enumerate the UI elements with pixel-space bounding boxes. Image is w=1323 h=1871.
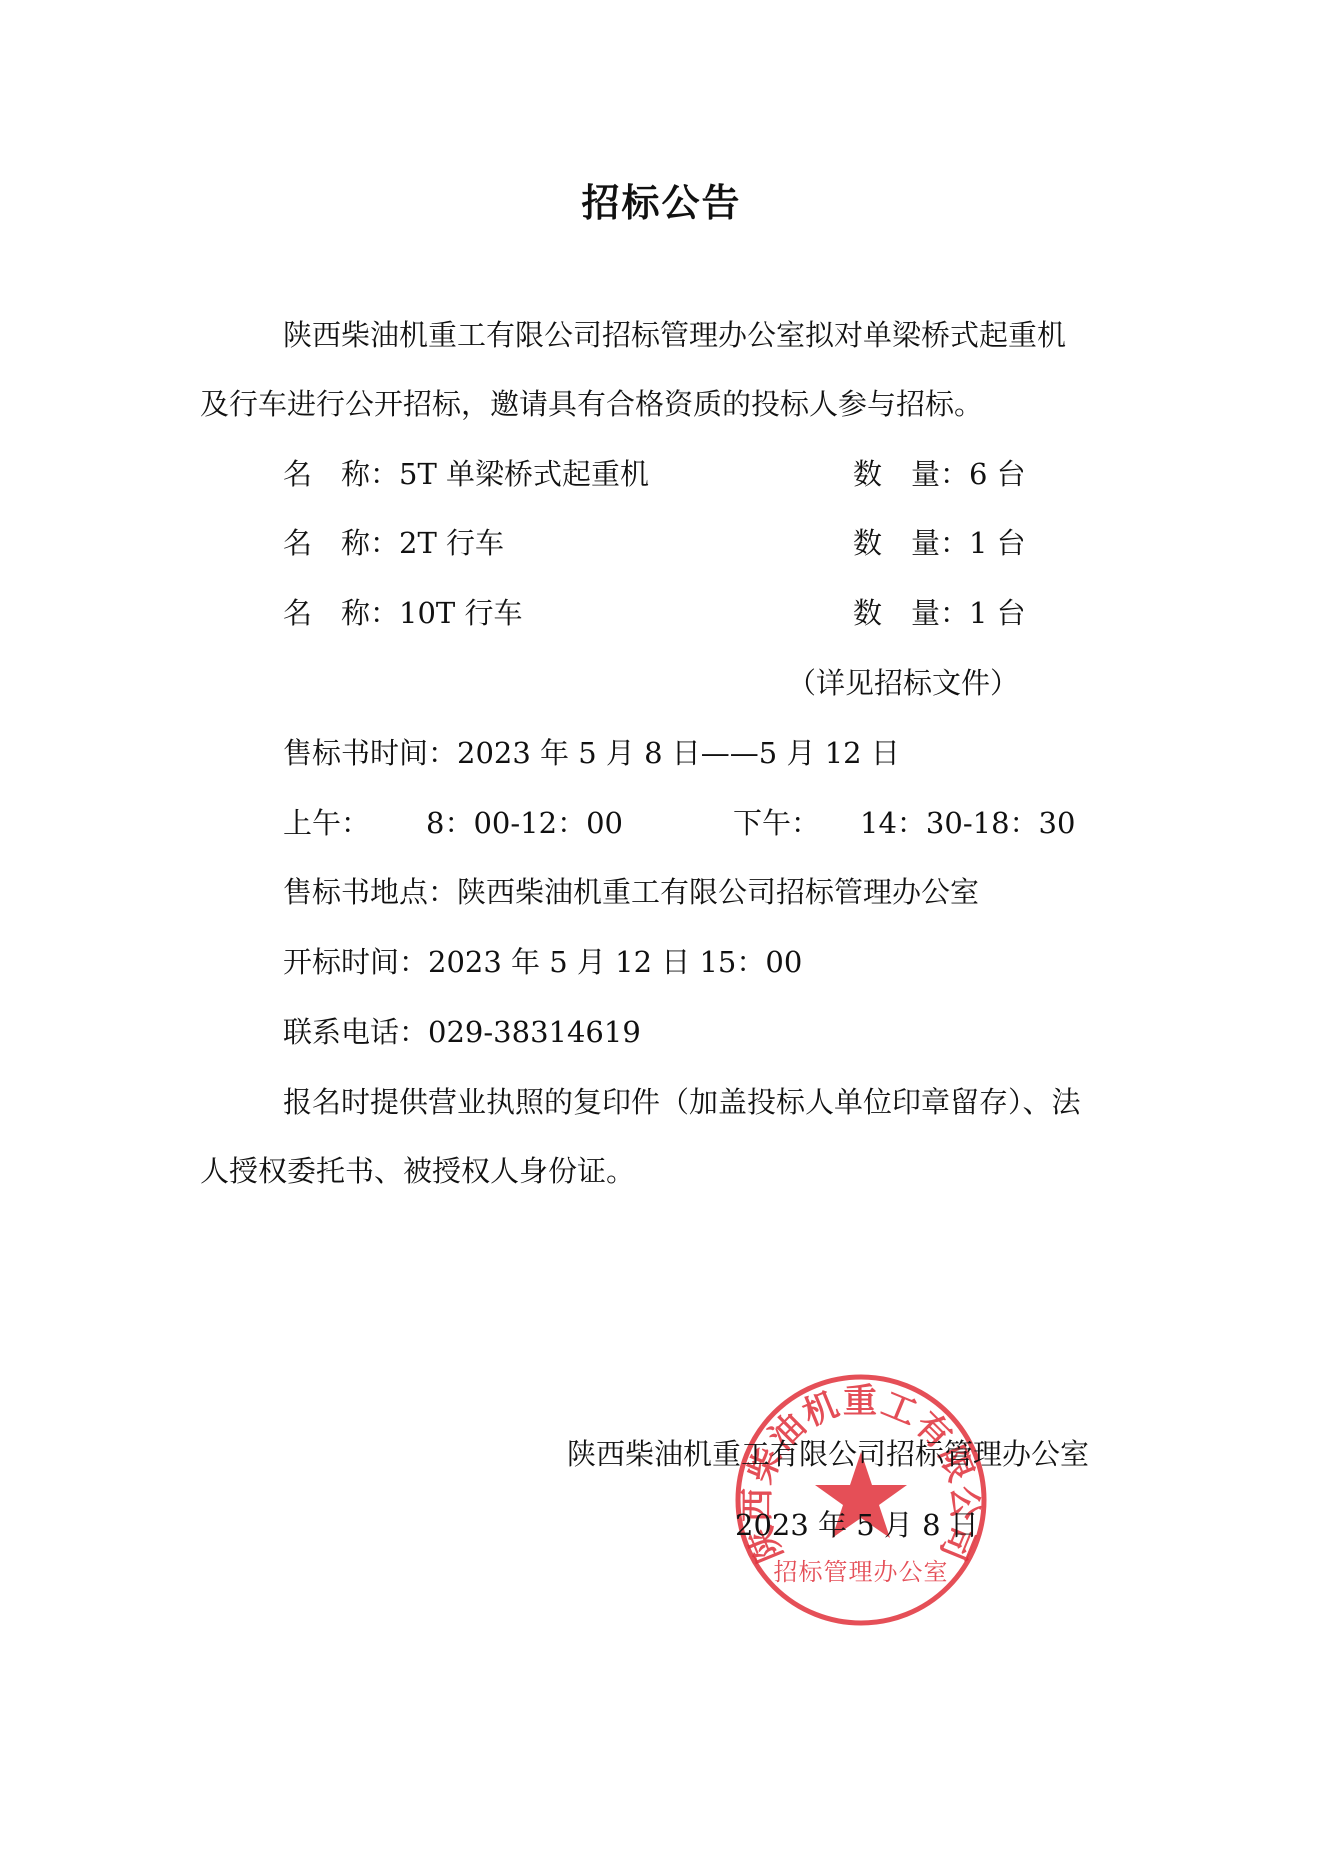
item-qty-label: 数 量：	[853, 526, 969, 560]
document-page: 招标公告 陕西柴油机重工有限公司招标管理办公室拟对单梁桥式起重机 及行车进行公开…	[0, 0, 1323, 1871]
sale-place-value: 陕西柴油机重工有限公司招标管理办公室	[457, 875, 979, 909]
item-quantity: 数 量：1 台	[853, 596, 1026, 630]
requirements-line-1: 报名时提供营业执照的复印件（加盖投标人单位印章留存）、法	[283, 1085, 1081, 1119]
morning-hours-row: 上午：8：00-12：00	[283, 806, 623, 840]
item-name-label: 名 称：	[283, 457, 399, 491]
afternoon-hours: 14：30-18：30	[860, 806, 1075, 840]
item-qty: 6 台	[969, 457, 1026, 491]
morning-hours: 8：00-12：00	[426, 806, 623, 840]
afternoon-label: 下午：	[733, 806, 820, 840]
item-qty: 1 台	[969, 596, 1026, 630]
item-qty: 1 台	[969, 526, 1026, 560]
signature-organization: 陕西柴油机重工有限公司招标管理办公室	[567, 1437, 1089, 1471]
item-name: 2T 行车	[399, 526, 504, 560]
sale-place-row: 售标书地点：陕西柴油机重工有限公司招标管理办公室	[283, 875, 979, 909]
morning-label: 上午：	[283, 806, 370, 840]
item-qty-label: 数 量：	[853, 457, 969, 491]
contact-phone-row: 联系电话：029-38314619	[283, 1015, 641, 1049]
item-name: 10T 行车	[399, 596, 522, 630]
official-seal-icon: 陕西柴油机重工有限公司 招标管理办公室	[733, 1372, 989, 1628]
item-name: 5T 单梁桥式起重机	[399, 457, 649, 491]
signature-date: 2023 年 5 月 8 日	[735, 1508, 979, 1542]
opening-time-label: 开标时间：	[283, 945, 428, 979]
item-row: 名 称：5T 单梁桥式起重机	[283, 457, 649, 491]
item-qty-label: 数 量：	[853, 596, 969, 630]
contact-phone-value: 029-38314619	[428, 1015, 641, 1049]
opening-time-value: 2023 年 5 月 12 日 15：00	[428, 945, 802, 979]
sale-time-value: 2023 年 5 月 8 日——5 月 12 日	[457, 736, 900, 770]
item-row: 名 称：10T 行车	[283, 596, 522, 630]
item-name-label: 名 称：	[283, 526, 399, 560]
item-row: 名 称：2T 行车	[283, 526, 504, 560]
sale-time-row: 售标书时间：2023 年 5 月 8 日——5 月 12 日	[283, 736, 900, 770]
afternoon-hours-row: 下午：14：30-18：30	[733, 806, 1075, 840]
item-name-label: 名 称：	[283, 596, 399, 630]
item-quantity: 数 量：1 台	[853, 526, 1026, 560]
sale-place-label: 售标书地点：	[283, 875, 457, 909]
see-tender-docs-note: （详见招标文件）	[787, 666, 1019, 700]
intro-paragraph-line-2: 及行车进行公开招标，邀请具有合格资质的投标人参与招标。	[200, 387, 983, 421]
sale-time-label: 售标书时间：	[283, 736, 457, 770]
document-title: 招标公告	[0, 172, 1323, 227]
requirements-line-2: 人授权委托书、被授权人身份证。	[200, 1154, 635, 1188]
item-quantity: 数 量：6 台	[853, 457, 1026, 491]
intro-paragraph-line-1: 陕西柴油机重工有限公司招标管理办公室拟对单梁桥式起重机	[283, 318, 1066, 352]
opening-time-row: 开标时间：2023 年 5 月 12 日 15：00	[283, 945, 802, 979]
svg-text:招标管理办公室: 招标管理办公室	[774, 1558, 949, 1586]
contact-phone-label: 联系电话：	[283, 1015, 428, 1049]
